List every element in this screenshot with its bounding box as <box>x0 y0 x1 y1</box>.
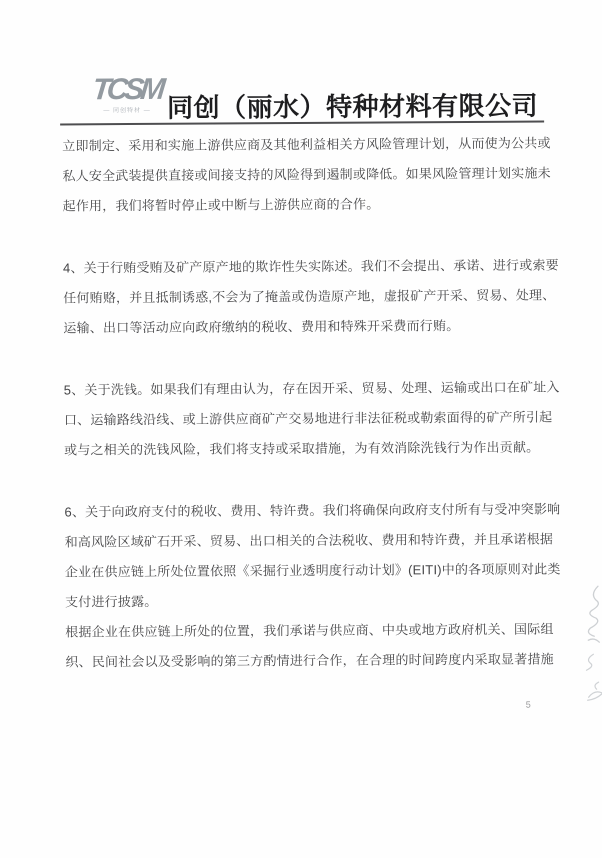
company-logo: TCSM — 同创特材 — <box>89 76 165 114</box>
header-divider <box>60 121 544 126</box>
paragraph-line: 5、关于洗钱。如果我们有理由认为，存在因开采、贸易、处理、运输或出口在矿址入 <box>64 373 545 406</box>
paragraph-line: 任何贿赂，并且抵制诱惑,不会为了掩盖或伪造原产地，虚报矿产开采、贸易、处理、 <box>63 281 544 314</box>
logo-subtext: — 同创特材 — <box>89 105 165 114</box>
paragraph: 4、关于行贿受贿及矿产原产地的欺诈性失实陈述。我们不会提出、承诺、进行或索要任何… <box>63 251 545 344</box>
paragraph-line: 4、关于行贿受贿及矿产原产地的欺诈性失实陈述。我们不会提出、承诺、进行或索要 <box>63 251 544 284</box>
scan-scribble-mark-3 <box>585 679 602 703</box>
scan-scribble-mark-2 <box>581 651 597 673</box>
page-number: 5 <box>526 700 531 710</box>
paragraph-line: 运输、出口等活动应向政府缴纳的税收、费用和特殊开采费而行贿。 <box>63 311 544 344</box>
paragraph: 立即制定、采用和实施上游供应商及其他利益相关方风险管理计划，从而使为公共或私人安… <box>62 129 544 222</box>
logo-tcsm-text: TCSM <box>88 76 167 104</box>
paragraph-line: 口、运输路线沿线、或上游供应商矿产交易地进行非法征税或勒索面得的矿产所引起 <box>64 403 545 436</box>
scan-content: TCSM — 同创特材 — 同创（丽水）特种材料有限公司 立即制定、采用和实施上… <box>0 0 602 858</box>
paragraph-line: 企业在供应链上所处位置依照《采掘行业透明度行动计划》(EITI)中的各项原则对此… <box>65 555 546 588</box>
paragraph-line: 织、民间社会以及受影响的第三方酌情进行合作，在合理的时间跨度内采取显著措施 <box>65 645 546 678</box>
document-body: 立即制定、采用和实施上游供应商及其他利益相关方风险管理计划，从而使为公共或私人安… <box>62 129 546 678</box>
paragraph: 5、关于洗钱。如果我们有理由认为，存在因开采、贸易、处理、运输或出口在矿址入口、… <box>64 373 546 466</box>
scan-scribble-mark-1 <box>582 584 602 646</box>
paragraph-line: 支付进行披露。 <box>65 585 546 618</box>
paragraph-line: 起作用，我们将暂时停止或中断与上游供应商的合作。 <box>63 189 544 222</box>
paragraph-line: 根据企业在供应链上所处的位置，我们承诺与供应商、中央或地方政府机关、国际组 <box>65 615 546 648</box>
paragraph-line: 或与之相关的洗钱风险，我们将支持或采取措施，为有效消除洗钱行为作出贡献。 <box>64 433 545 466</box>
paragraph-line: 私人安全武装提供直接或间接支持的风险得到遏制或降低。如果风险管理计划实施未 <box>62 159 543 192</box>
company-title: 同创（丽水）特种材料有限公司 <box>167 86 538 125</box>
paragraph-line: 6、关于向政府支付的税收、费用、特许费。我们将确保向政府支付所有与受冲突影响 <box>64 495 545 528</box>
paragraph-line: 立即制定、采用和实施上游供应商及其他利益相关方风险管理计划，从而使为公共或 <box>62 129 543 162</box>
document-page: TCSM — 同创特材 — 同创（丽水）特种材料有限公司 立即制定、采用和实施上… <box>0 0 602 858</box>
paragraph: 根据企业在供应链上所处的位置，我们承诺与供应商、中央或地方政府机关、国际组织、民… <box>65 615 546 678</box>
paragraph: 6、关于向政府支付的税收、费用、特许费。我们将确保向政府支付所有与受冲突影响和高… <box>64 495 546 618</box>
paragraph-line: 和高风险区域矿石开采、贸易、出口相关的合法税收、费用和特许费，并且承诺根据 <box>65 525 546 558</box>
